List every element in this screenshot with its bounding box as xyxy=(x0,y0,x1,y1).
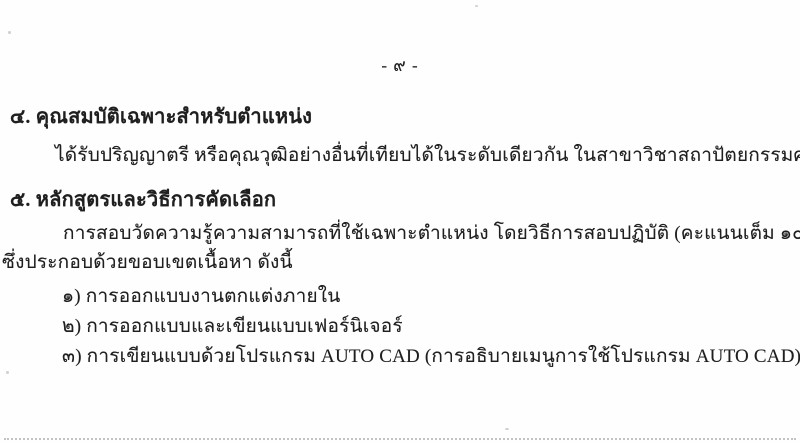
section-5-heading: ๕. หลักสูตรและวิธีการคัดเลือก xyxy=(10,186,276,214)
page-number: - ๙ - xyxy=(0,52,800,80)
section-5-paragraph-line-2: ซึ่งประกอบด้วยขอบเขตเนื้อหา ดังนี้ xyxy=(2,249,293,277)
section-4-paragraph: ได้รับปริญญาตรี หรือคุณวุฒิอย่างอื่นที่เ… xyxy=(55,142,800,170)
list-item-1: ๑) การออกแบบงานตกแต่งภายใน xyxy=(62,283,340,311)
scan-speck xyxy=(475,5,478,7)
section-5-paragraph-line-1: การสอบวัดความรู้ความสามารถที่ใช้เฉพาะตำแ… xyxy=(63,220,800,248)
scan-speck xyxy=(505,428,509,430)
scan-speck xyxy=(6,371,9,374)
scan-artifact-line xyxy=(4,438,796,440)
scan-speck xyxy=(8,31,11,34)
list-item-3: ๓) การเขียนแบบด้วยโปรแกรม AUTO CAD (การอ… xyxy=(62,343,800,371)
list-item-2: ๒) การออกแบบและเขียนแบบเฟอร์นิเจอร์ xyxy=(62,313,403,341)
scanned-document-page: - ๙ - ๔. คุณสมบัติเฉพาะสำหรับตำแหน่ง ได้… xyxy=(0,0,800,443)
section-4-heading: ๔. คุณสมบัติเฉพาะสำหรับตำแหน่ง xyxy=(10,103,312,131)
